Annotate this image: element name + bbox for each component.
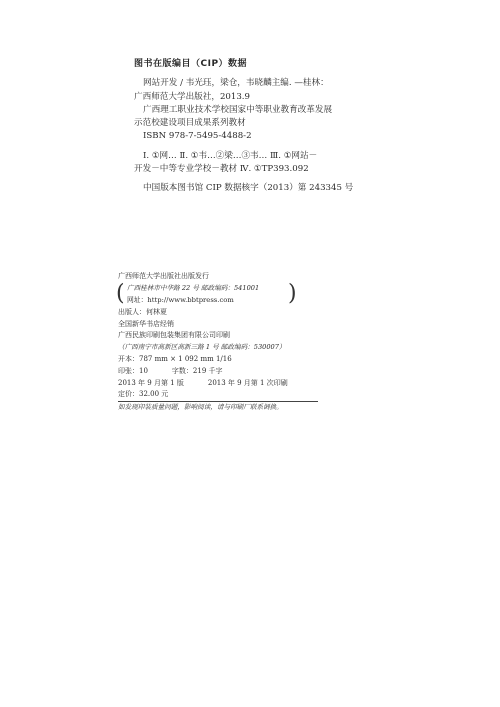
cip-line-isbn: ISBN 978-7-5495-4488-2: [134, 130, 384, 143]
quality-notice: 如发现印装质量问题，影响阅读，请与印刷厂联系调换。: [118, 402, 318, 414]
cip-line-series-cont: 示范校建设项目成果系列教材: [134, 117, 384, 130]
cip-classification-2: 开发－中等专业学校－教材 Ⅳ. ①TP393.092: [134, 163, 384, 176]
word-count: 字数：219 千字: [172, 367, 223, 375]
printer: 广西民族印刷包装集团有限公司印刷: [118, 330, 318, 342]
cip-line-title-authors: 网站开发 / 韦光珏，梁仓，韦晓麟主编. —桂林：: [134, 77, 384, 90]
imprint-block: 广西师范大学出版社出版发行 ( 广西桂林市中华路 22 号 邮政编码：54100…: [118, 271, 318, 414]
price: 定价：32.00 元: [118, 389, 318, 402]
distributor: 全国新华书店经销: [118, 319, 318, 331]
cip-classification-1: Ⅰ. ①网… Ⅱ. ①韦…②梁…③韦… Ⅲ. ①网站－: [134, 150, 384, 163]
sheets: 印张：10: [118, 367, 148, 375]
sheets-and-words: 印张：10字数：219 千字: [118, 366, 318, 378]
cip-line-publisher: 广西师范大学出版社，2013.9: [134, 91, 384, 104]
right-paren: ): [288, 281, 297, 307]
format: 开本：787 mm × 1 092 mm 1/16: [118, 354, 318, 366]
cip-number: 中国版本图书馆 CIP 数据核字（2013）第 243345 号: [134, 182, 384, 195]
printing: 2013 年 9 月第 1 次印刷: [208, 379, 288, 387]
cip-line-series: 广西理工职业技术学校国家中等职业教育改革发展: [134, 104, 384, 117]
edition-and-printing: 2013 年 9 月第 1 版2013 年 9 月第 1 次印刷: [118, 378, 318, 390]
cip-title: 图书在版编目（CIP）数据: [134, 58, 384, 71]
cip-data-block: 图书在版编目（CIP）数据 网站开发 / 韦光珏，梁仓，韦晓麟主编. —桂林： …: [134, 58, 384, 196]
left-paren: (: [116, 281, 125, 307]
publisher-person: 出版人：何林夏: [118, 307, 318, 319]
edition: 2013 年 9 月第 1 版: [118, 379, 184, 387]
printer-address: （广西南宁市高新区高新三路 1 号 邮政编码：530007）: [118, 342, 318, 354]
publisher-contact: ( 广西桂林市中华路 22 号 邮政编码：541001 网址：http://ww…: [118, 283, 318, 307]
